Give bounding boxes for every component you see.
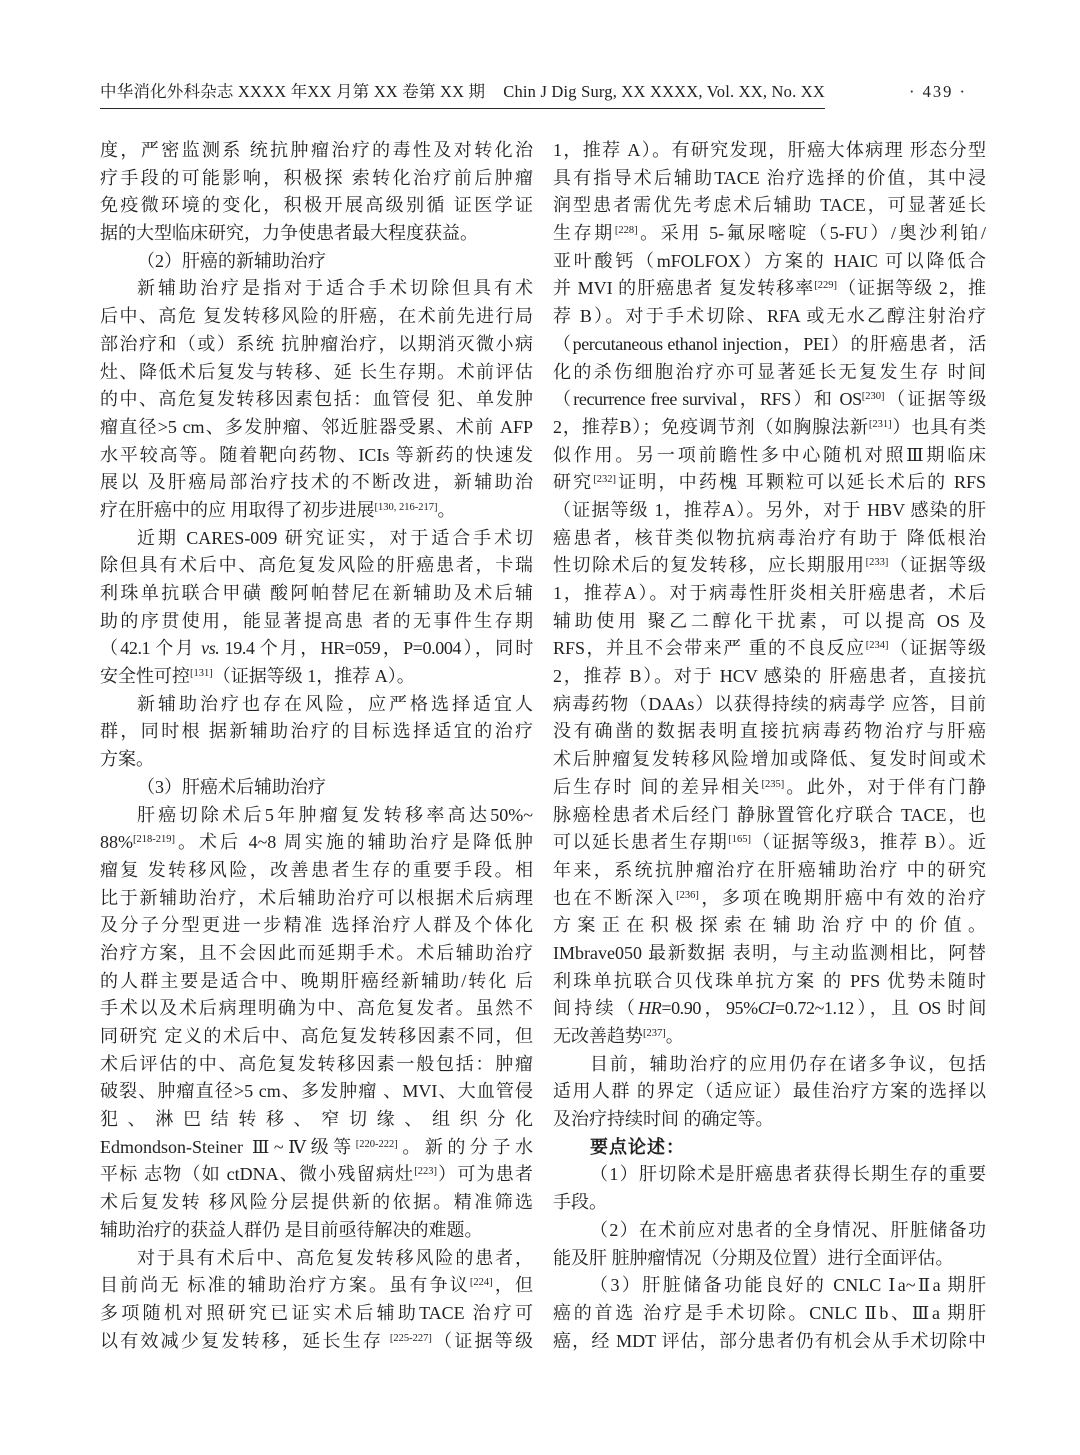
text-line: RFS，并且不会带来严 重的不良反应[234]（证据等级 <box>553 635 986 663</box>
text-line: 癌的首选 治疗是手术切除。CNLC Ⅱb、Ⅲa 期肝 <box>553 1300 986 1328</box>
text-line: 似作用。另一项前瞻性多中心随机对照Ⅲ期临床 <box>553 442 986 470</box>
text-line: 也在不断深入[236]，多项在晚期肝癌中有效的治疗 <box>553 885 986 913</box>
text-line: 性切除术后的复发转移，应长期服用[233]（证据等级 <box>553 552 986 580</box>
reference-superscript: [131] <box>190 668 213 679</box>
text-line: 病毒药物（DAAs）以获得持续的病毒学 应答，目前 <box>553 691 986 719</box>
text-line: （2）肝癌的新辅助治疗 <box>100 248 533 276</box>
reference-superscript: [233] <box>866 557 889 568</box>
text-line: 术后评估的中、高危复发转移因素一般包括：肿瘤 <box>100 1051 533 1079</box>
text-column-left: 度，严密监测系 统抗肿瘤治疗的毒性及对转化治疗手段的可能影响，积极探 索转化治疗… <box>100 137 533 1355</box>
text-line: 利珠单抗联合甲磺 酸阿帕替尼在新辅助及术后辅 <box>100 580 533 608</box>
text-line: 方案。 <box>100 746 533 774</box>
italic-term: CI <box>758 998 775 1018</box>
text-line: 术后肿瘤复发转移风险增加或降低、复发时间或术 <box>553 746 986 774</box>
text-line: （recurrence free survival，RFS）和 OS[230]（… <box>553 386 986 414</box>
text-line: 疗在肝癌中的应 用取得了初步进展[130, 216-217]。 <box>100 497 533 525</box>
text-line: 新辅助治疗是指对于适合手术切除但具有术 <box>100 275 533 303</box>
italic-term: vs. <box>201 638 219 658</box>
text-line: 荐 B）。对于手术切除、RFA 或无水乙醇注射治疗 <box>553 303 986 331</box>
text-line: 生存期[228]。采用 5-氟尿嘧啶（5-FU）/奥沙利铂/ <box>553 220 986 248</box>
text-line: （证据等级 1，推荐A）。另外，对于 HBV 感染的肝 <box>553 497 986 525</box>
text-line: 无改善趋势[237]。 <box>553 1023 986 1051</box>
text-line: （percutaneous ethanol injection，PEI）的肝癌患… <box>553 331 986 359</box>
text-line: （1）肝切除术是肝癌患者获得长期生存的重要 <box>553 1161 986 1189</box>
text-line: 目前尚无 标准的辅助治疗方案。虽有争议[224]，但 <box>100 1272 533 1300</box>
text-line: 没有确凿的数据表明直接抗病毒药物治疗与肝癌 <box>553 718 986 746</box>
text-line: 能及肝 脏肿瘤情况（分期及位置）进行全面评估。 <box>553 1245 986 1273</box>
reference-superscript: [165] <box>728 834 751 845</box>
text-line: 灶、降低术后复发与转移、延 长生存期。术前评估 <box>100 359 533 387</box>
reference-superscript: [229] <box>814 280 837 291</box>
text-line: 肝癌切除术后5年肿瘤复发转移率高达50%~ <box>100 802 533 830</box>
text-line: 近期 CARES-009 研究证实，对于适合手术切 <box>100 525 533 553</box>
reference-superscript: [235] <box>761 779 784 790</box>
text-line: 后中、高危 复发转移风险的肝癌，在术前先进行局 <box>100 303 533 331</box>
text-line: 对于具有术后中、高危复发转移风险的患者， <box>100 1245 533 1273</box>
text-line: 癌，经 MDT 评估，部分患者仍有机会从手术切除中 <box>553 1328 986 1356</box>
reference-superscript: [130, 216-217] <box>375 502 438 513</box>
text-line: 润型患者需优先考虑术后辅助 TACE，可显著延长 <box>553 192 986 220</box>
text-line: 及分子分型更进一步精准 选择治疗人群及个体化 <box>100 912 533 940</box>
page-number: · 439 · <box>909 82 967 102</box>
text-line: 水平较高等。随着靶向药物、ICIs 等新药的快速发 <box>100 442 533 470</box>
text-line: 可以延长患者生存期[165]（证据等级3，推荐 B）。近 <box>553 829 986 857</box>
text-line: 比于新辅助治疗，术后辅助治疗可以根据术后病理 <box>100 885 533 913</box>
text-line: IMbrave050 最新数据 表明，与主动监测相比，阿替 <box>553 940 986 968</box>
text-line: 具有指导术后辅助TACE 治疗选择的价值，其中浸 <box>553 165 986 193</box>
reference-superscript: [237] <box>643 1028 666 1039</box>
page-header: 中华消化外科杂志 XXXX 年XX 月第 XX 卷第 XX 期Chin J Di… <box>100 82 985 109</box>
text-column-right: 1，推荐 A）。有研究发现，肝癌大体病理 形态分型具有指导术后辅助TACE 治疗… <box>553 137 986 1355</box>
text-line: 犯、淋巴结转移、窄切缘、组织分化 <box>100 1106 533 1134</box>
text-line: 88%[218-219]。术后 4~8 周实施的辅助治疗是降低肿 <box>100 829 533 857</box>
text-line: 疗手段的可能影响，积极探 索转化治疗前后肿瘤 <box>100 165 533 193</box>
reference-superscript: [236] <box>676 890 699 901</box>
journal-masthead: 中华消化外科杂志 XXXX 年XX 月第 XX 卷第 XX 期Chin J Di… <box>100 82 825 109</box>
reference-superscript: [218-219] <box>133 834 175 845</box>
text-line: 亚叶酸钙（mFOLFOX）方案的 HAIC 可以降低合 <box>553 248 986 276</box>
text-line: 1，推荐A）。对于病毒性肝炎相关肝癌患者，术后 <box>553 580 986 608</box>
reference-superscript: [230] <box>862 391 885 402</box>
text-line: 部治疗和（或）系统 抗肿瘤治疗，以期消灭微小病 <box>100 331 533 359</box>
text-line: 瘤复 发转移风险，改善患者生存的重要手段。相 <box>100 857 533 885</box>
journal-title-en: Chin J Dig Surg, XX XXXX, Vol. XX, No. X… <box>503 82 825 101</box>
reference-superscript: [228] <box>615 225 638 236</box>
text-line: 免疫微环境的变化，积极开展高级别循 证医学证 <box>100 192 533 220</box>
text-line: 除但具有术后中、高危复发风险的肝癌患者，卡瑞 <box>100 552 533 580</box>
text-line: 年来，系统抗肿瘤治疗在肝癌辅助治疗 中的研究 <box>553 857 986 885</box>
text-line: 研究[232]证明，中药槐 耳颗粒可以延长术后的 RFS <box>553 469 986 497</box>
text-line: 助的序贯使用，能显著提高患 者的无事件生存期 <box>100 608 533 636</box>
text-line: 辅助使用 聚乙二醇化干扰素，可以提高 OS 及 <box>553 608 986 636</box>
text-line: Edmondson-Steiner Ⅲ~Ⅳ级等[220-222]。新的分子水 <box>100 1134 533 1162</box>
text-line: 瘤直径>5 cm、多发肿瘤、邻近脏器受累、术前 AFP <box>100 414 533 442</box>
text-line: 及治疗持续时间 的确定等。 <box>553 1106 986 1134</box>
text-line: 利珠单抗联合贝伐珠单抗方案 的 PFS 优势未随时 <box>553 968 986 996</box>
text-line: 术后复发转 移风险分层提供新的依据。精准筛选 <box>100 1189 533 1217</box>
text-line: 目前，辅助治疗的应用仍存在诸多争议，包括 <box>553 1051 986 1079</box>
journal-title-cn: 中华消化外科杂志 XXXX 年XX 月第 XX 卷第 XX 期 <box>100 82 485 101</box>
text-line: 手术以及术后病理明确为中、高危复发者。虽然不 <box>100 995 533 1023</box>
text-line: 并 MVI 的肝癌患者 复发转移率[229]（证据等级 2，推 <box>553 275 986 303</box>
text-line: 平标 志物（如 ctDNA、微小残留病灶[223]）可为患者 <box>100 1161 533 1189</box>
text-line: （3）肝脏储备功能良好的 CNLC Ⅰa~Ⅱa 期肝 <box>553 1272 986 1300</box>
section-heading: 要点论述： <box>553 1134 986 1162</box>
text-line: 间持续（HR=0.90，95%CI=0.72~1.12），且 OS 时间 <box>553 995 986 1023</box>
text-line: 1，推荐 A）。有研究发现，肝癌大体病理 形态分型 <box>553 137 986 165</box>
text-line: 破裂、肿瘤直径>5 cm、多发肿瘤 、MVI、大血管侵 <box>100 1078 533 1106</box>
italic-term: HR <box>638 998 661 1018</box>
text-line: （2）在术前应对患者的全身情况、肝脏储备功 <box>553 1217 986 1245</box>
reference-superscript: [224] <box>470 1277 493 1288</box>
text-line: 的中、高危复发转移因素包括：血管侵 犯、单发肿 <box>100 386 533 414</box>
text-line: 治疗方案，且不会因此而延期手术。术后辅助治疗 <box>100 940 533 968</box>
text-line: 辅助治疗的获益人群仍 是目前亟待解决的难题。 <box>100 1217 533 1245</box>
text-line: 适用人群 的界定（适应证）最佳治疗方案的选择以 <box>553 1078 986 1106</box>
text-line: 后生存时 间的差异相关[235]。此外，对于伴有门静 <box>553 774 986 802</box>
reference-superscript: [232] <box>593 474 616 485</box>
text-line: 2，推荐 B）。对于 HCV 感染的 肝癌患者，直接抗 <box>553 663 986 691</box>
text-line: 度，严密监测系 统抗肿瘤治疗的毒性及对转化治 <box>100 137 533 165</box>
text-line: 同研究 定义的术后中、高危复发转移因素不同，但 <box>100 1023 533 1051</box>
text-line: 癌患者，核苷类似物抗病毒治疗有助于 降低根治 <box>553 525 986 553</box>
text-line: 化的杀伤细胞治疗亦可显著延长无复发生存 时间 <box>553 359 986 387</box>
text-line: 多项随机对照研究已证实术后辅助TACE 治疗可 <box>100 1300 533 1328</box>
text-line: 方案正在积极探索在辅助治疗中的价值。 <box>553 912 986 940</box>
text-line: 安全性可控[131]（证据等级 1，推荐 A）。 <box>100 663 533 691</box>
text-line: （42.1 个月 vs. 19.4 个月，HR=059，P=0.004），同时 <box>100 635 533 663</box>
reference-superscript: [231] <box>869 419 892 430</box>
text-line: 展以 及肝癌局部治疗技术的不断改进，新辅助治 <box>100 469 533 497</box>
reference-superscript: [223] <box>414 1166 437 1177</box>
reference-superscript: [220-222] <box>356 1139 398 1150</box>
text-line: 据的大型临床研究，力争使患者最大程度获益。 <box>100 220 533 248</box>
reference-superscript: [234] <box>866 640 889 651</box>
journal-page: 中华消化外科杂志 XXXX 年XX 月第 XX 卷第 XX 期Chin J Di… <box>0 0 1080 1455</box>
text-line: 手段。 <box>553 1189 986 1217</box>
text-line: 的人群主要是适合中、晚期肝癌经新辅助/转化 后 <box>100 968 533 996</box>
text-line: 以有效减少复发转移，延长生存 [225-227]（证据等级 <box>100 1328 533 1356</box>
reference-superscript: [225-227] <box>390 1333 432 1344</box>
text-line: 新辅助治疗也存在风险，应严格选择适宜人 <box>100 691 533 719</box>
text-line: 脉癌栓患者术后经门 静脉置管化疗联合 TACE，也 <box>553 802 986 830</box>
text-line: （3）肝癌术后辅助治疗 <box>100 774 533 802</box>
text-line: 2，推荐B）；免疫调节剂（如胸腺法新[231]）也具有类 <box>553 414 986 442</box>
text-line: 群，同时根 据新辅助治疗的目标选择适宜的治疗 <box>100 718 533 746</box>
